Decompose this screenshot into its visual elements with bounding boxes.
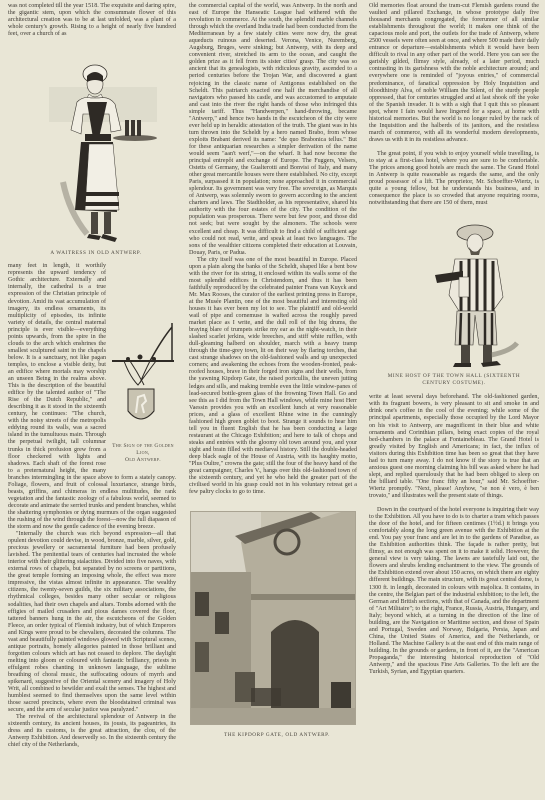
paragraph-exhibition: Down in the courtyard of the hotel every… — [369, 507, 539, 676]
paragraph-garden: write at least several days beforehand. … — [369, 394, 539, 500]
figure-golden-lion-sign: The Sign of the Golden Lion, Old Antwerp… — [110, 321, 176, 471]
figure-kipdorp-gate — [190, 511, 356, 725]
caption-kipdorp-gate: The Kipdorp Gate, Old Antwerp. — [189, 732, 357, 739]
column-middle: the commercial capital of the world, was… — [189, 3, 357, 739]
waitress-illustration — [27, 42, 157, 247]
figure-waitress — [27, 42, 157, 247]
column-right: Old memories float around the tram-cut F… — [369, 3, 539, 676]
paragraph-hotel: The great point, if you wish to enjoy yo… — [369, 151, 539, 207]
caption-mine-host: Mine Host of the Town Hall (Sixteenth Ce… — [369, 373, 539, 387]
figure-mine-host — [379, 215, 529, 370]
paragraph-interior: "Internally the church was rich beyond e… — [8, 531, 176, 714]
column-left: was not completed till the year 1518. Th… — [8, 3, 176, 750]
paragraph-commerce: the commercial capital of the world, was… — [189, 3, 357, 257]
caption-waitress: A Waitress in Old Antwerp. — [8, 250, 176, 257]
paragraph-spire: was not completed till the year 1518. Th… — [8, 3, 176, 38]
paragraph-memories: Old memories float around the tram-cut F… — [369, 3, 539, 144]
paragraph-city: The city itself was one of the most beau… — [189, 257, 357, 497]
caption-golden-lion: The Sign of the Golden Lion, Old Antwerp… — [110, 443, 176, 464]
mine-host-illustration — [379, 215, 529, 370]
golden-lion-sign-illustration — [110, 321, 176, 439]
kipdorp-gate-photo — [191, 512, 355, 724]
paragraph-revival: The revival of the architectural splendo… — [8, 714, 176, 749]
